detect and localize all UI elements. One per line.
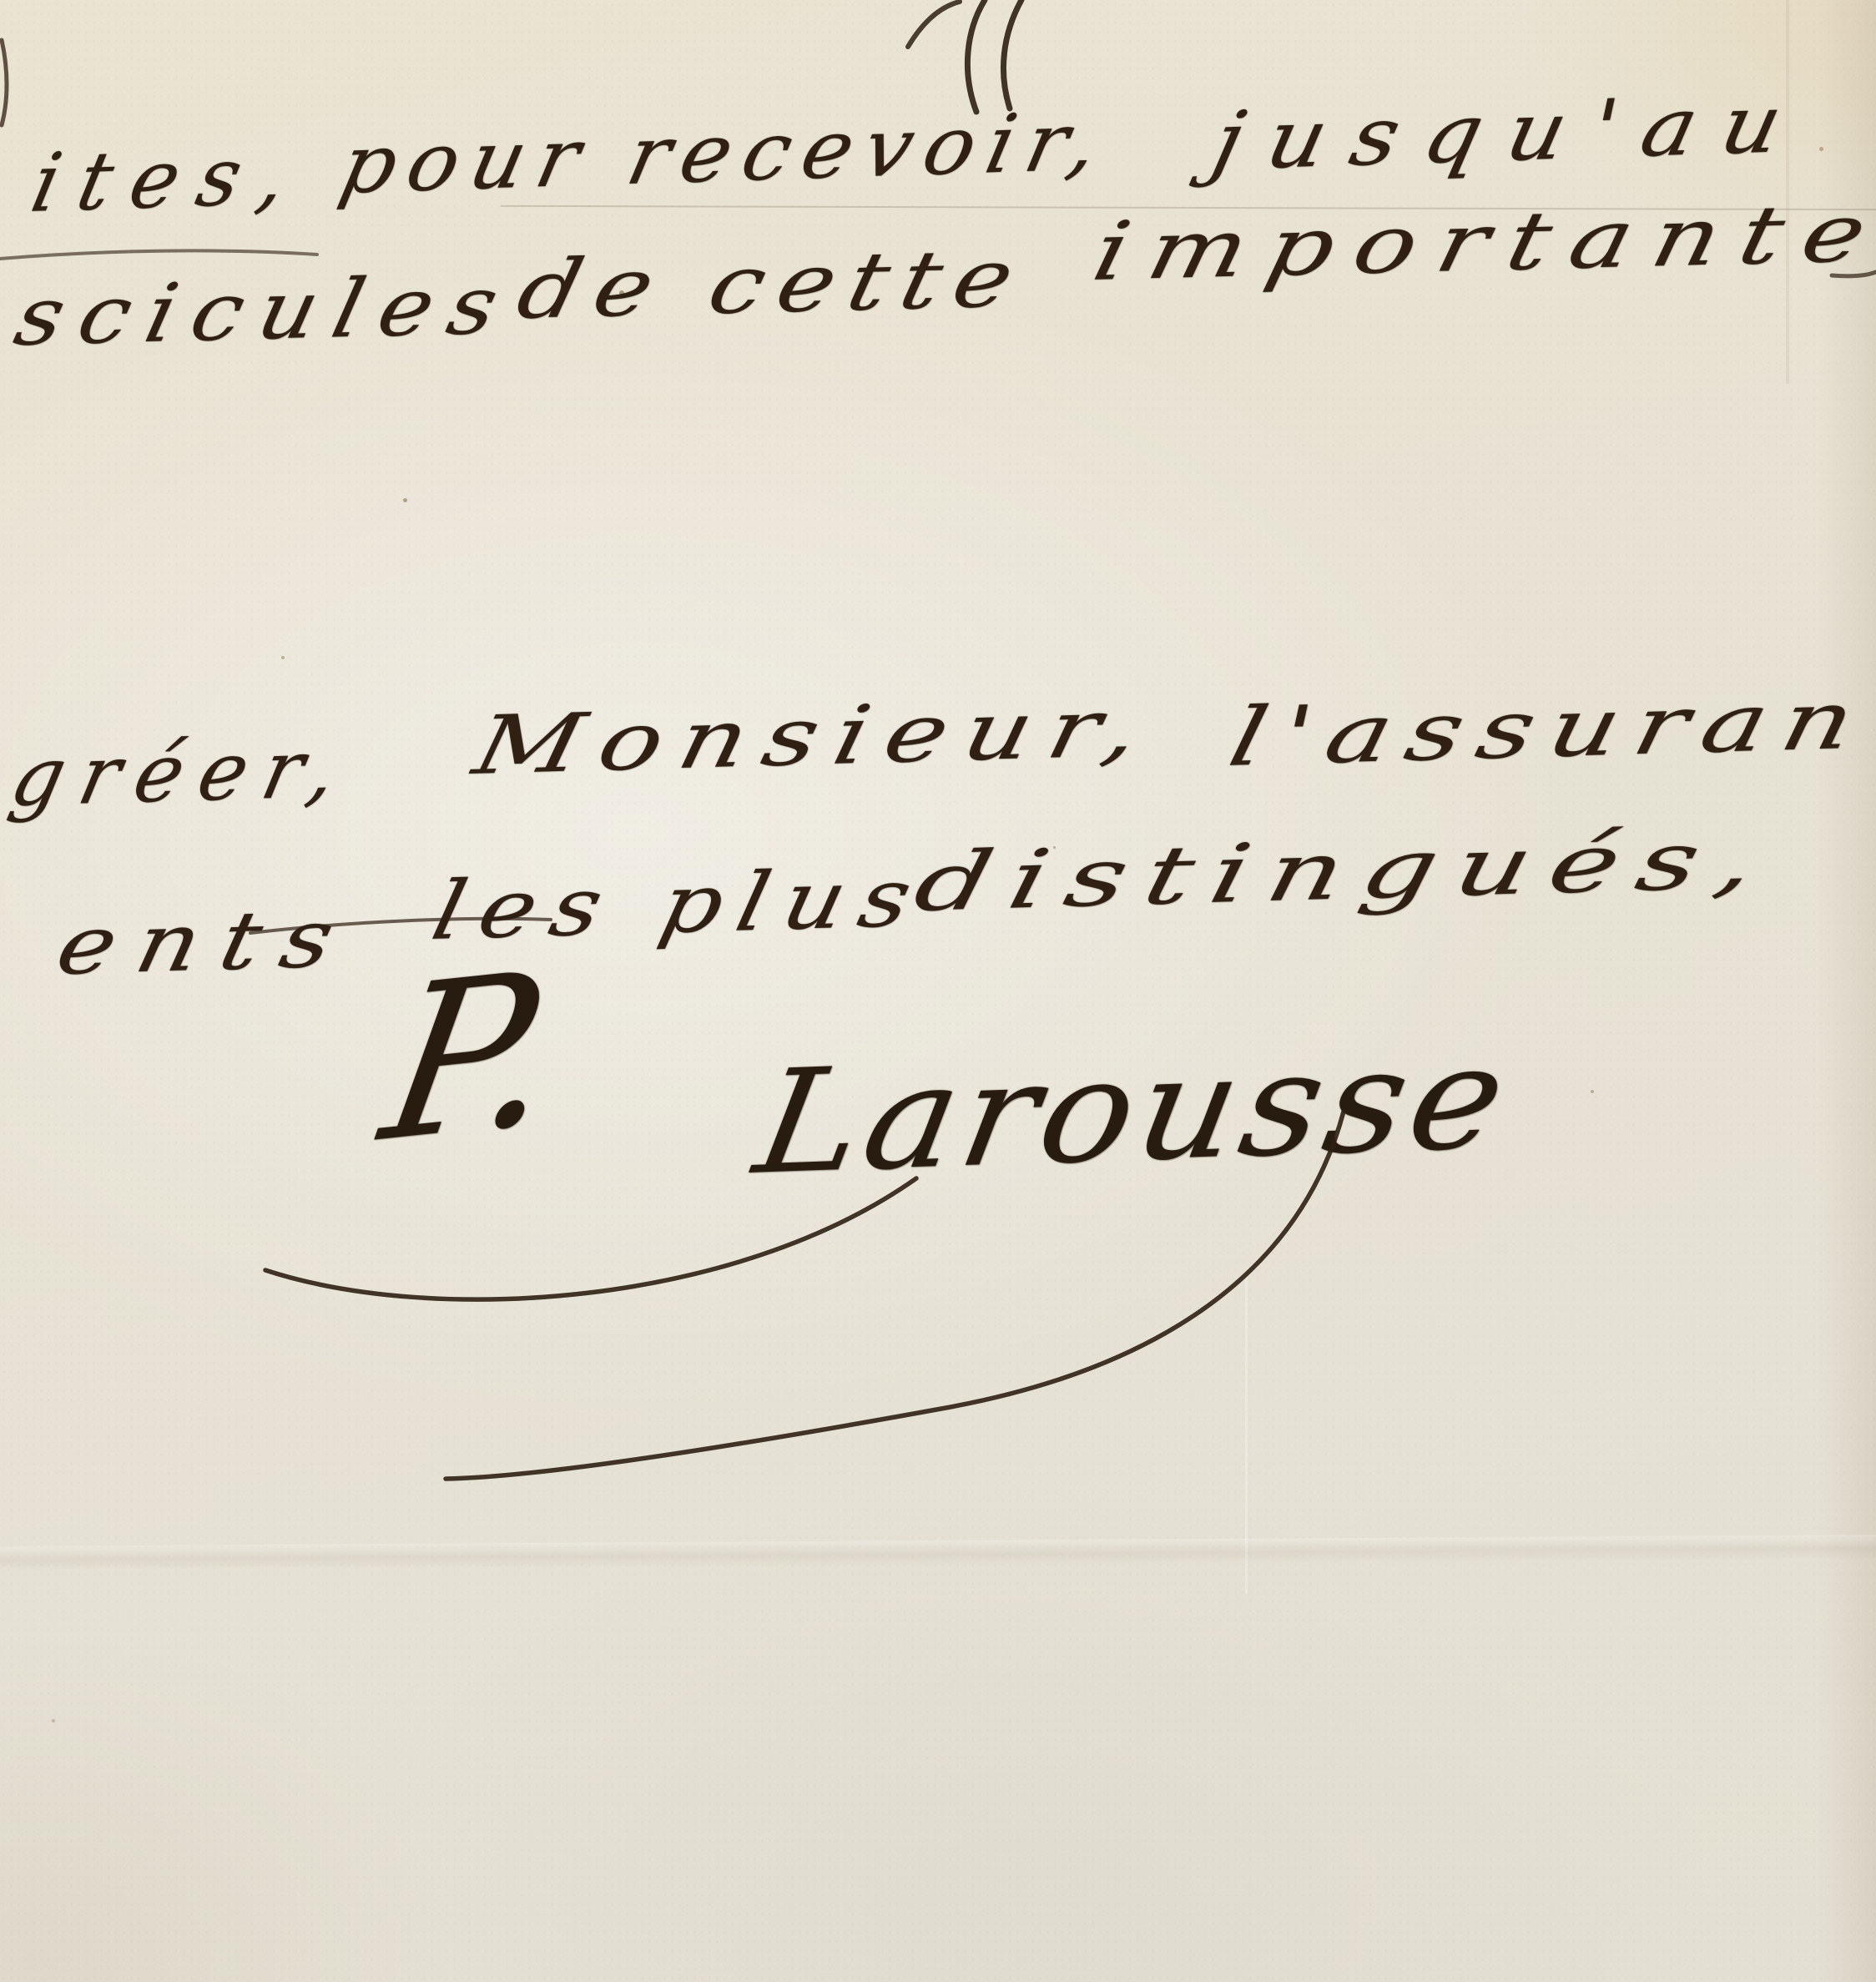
handwritten-word: distingués, (908, 819, 1783, 923)
signature-name: Larousse (747, 1026, 1520, 1195)
manuscript-photo: ites, pour recevoir, jusqu'au scicules d… (0, 0, 1876, 1982)
handwritten-word: ites, (25, 134, 315, 224)
handwritten-word: l'assuran (1223, 679, 1876, 778)
handwritten-word: gréer, (4, 728, 361, 818)
handwritten-word: scicules (8, 265, 522, 357)
handwritten-word: ents (50, 898, 362, 986)
handwritten-word: pour recevoir, (334, 100, 1118, 205)
handwritten-word: Monsieur, (467, 687, 1164, 786)
handwritten-word: de cette (511, 238, 1035, 330)
handwritten-word: importante (1087, 192, 1876, 292)
handwritten-word: jusqu'au (1206, 83, 1815, 182)
